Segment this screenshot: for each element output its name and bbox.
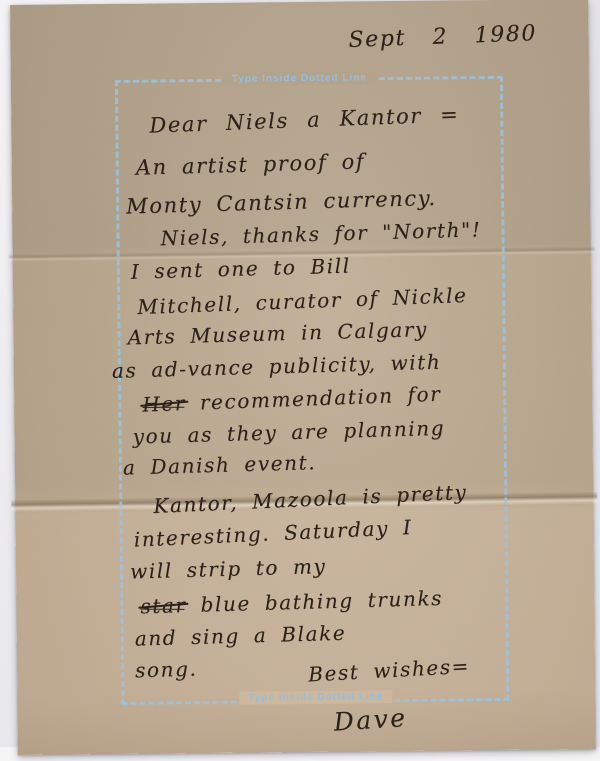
letter-date: Sept 2 1980 [348, 21, 537, 53]
photo-background: Type Inside Dotted Line Type Inside Dott… [0, 0, 600, 761]
printed-label-top: Type Inside Dotted Line [223, 71, 376, 86]
struck-word: Her [142, 391, 186, 417]
letter-paper: Type Inside Dotted Line Type Inside Dott… [10, 0, 596, 755]
handwriting-layer: Dear Niels a Kantor =An artist proof ofM… [10, 0, 588, 5]
printed-label-bottom: Type Inside Dotted Line [239, 690, 392, 705]
handwriting-line: song. [135, 657, 198, 683]
signature: Dave [333, 703, 409, 737]
struck-word: star [140, 593, 187, 618]
